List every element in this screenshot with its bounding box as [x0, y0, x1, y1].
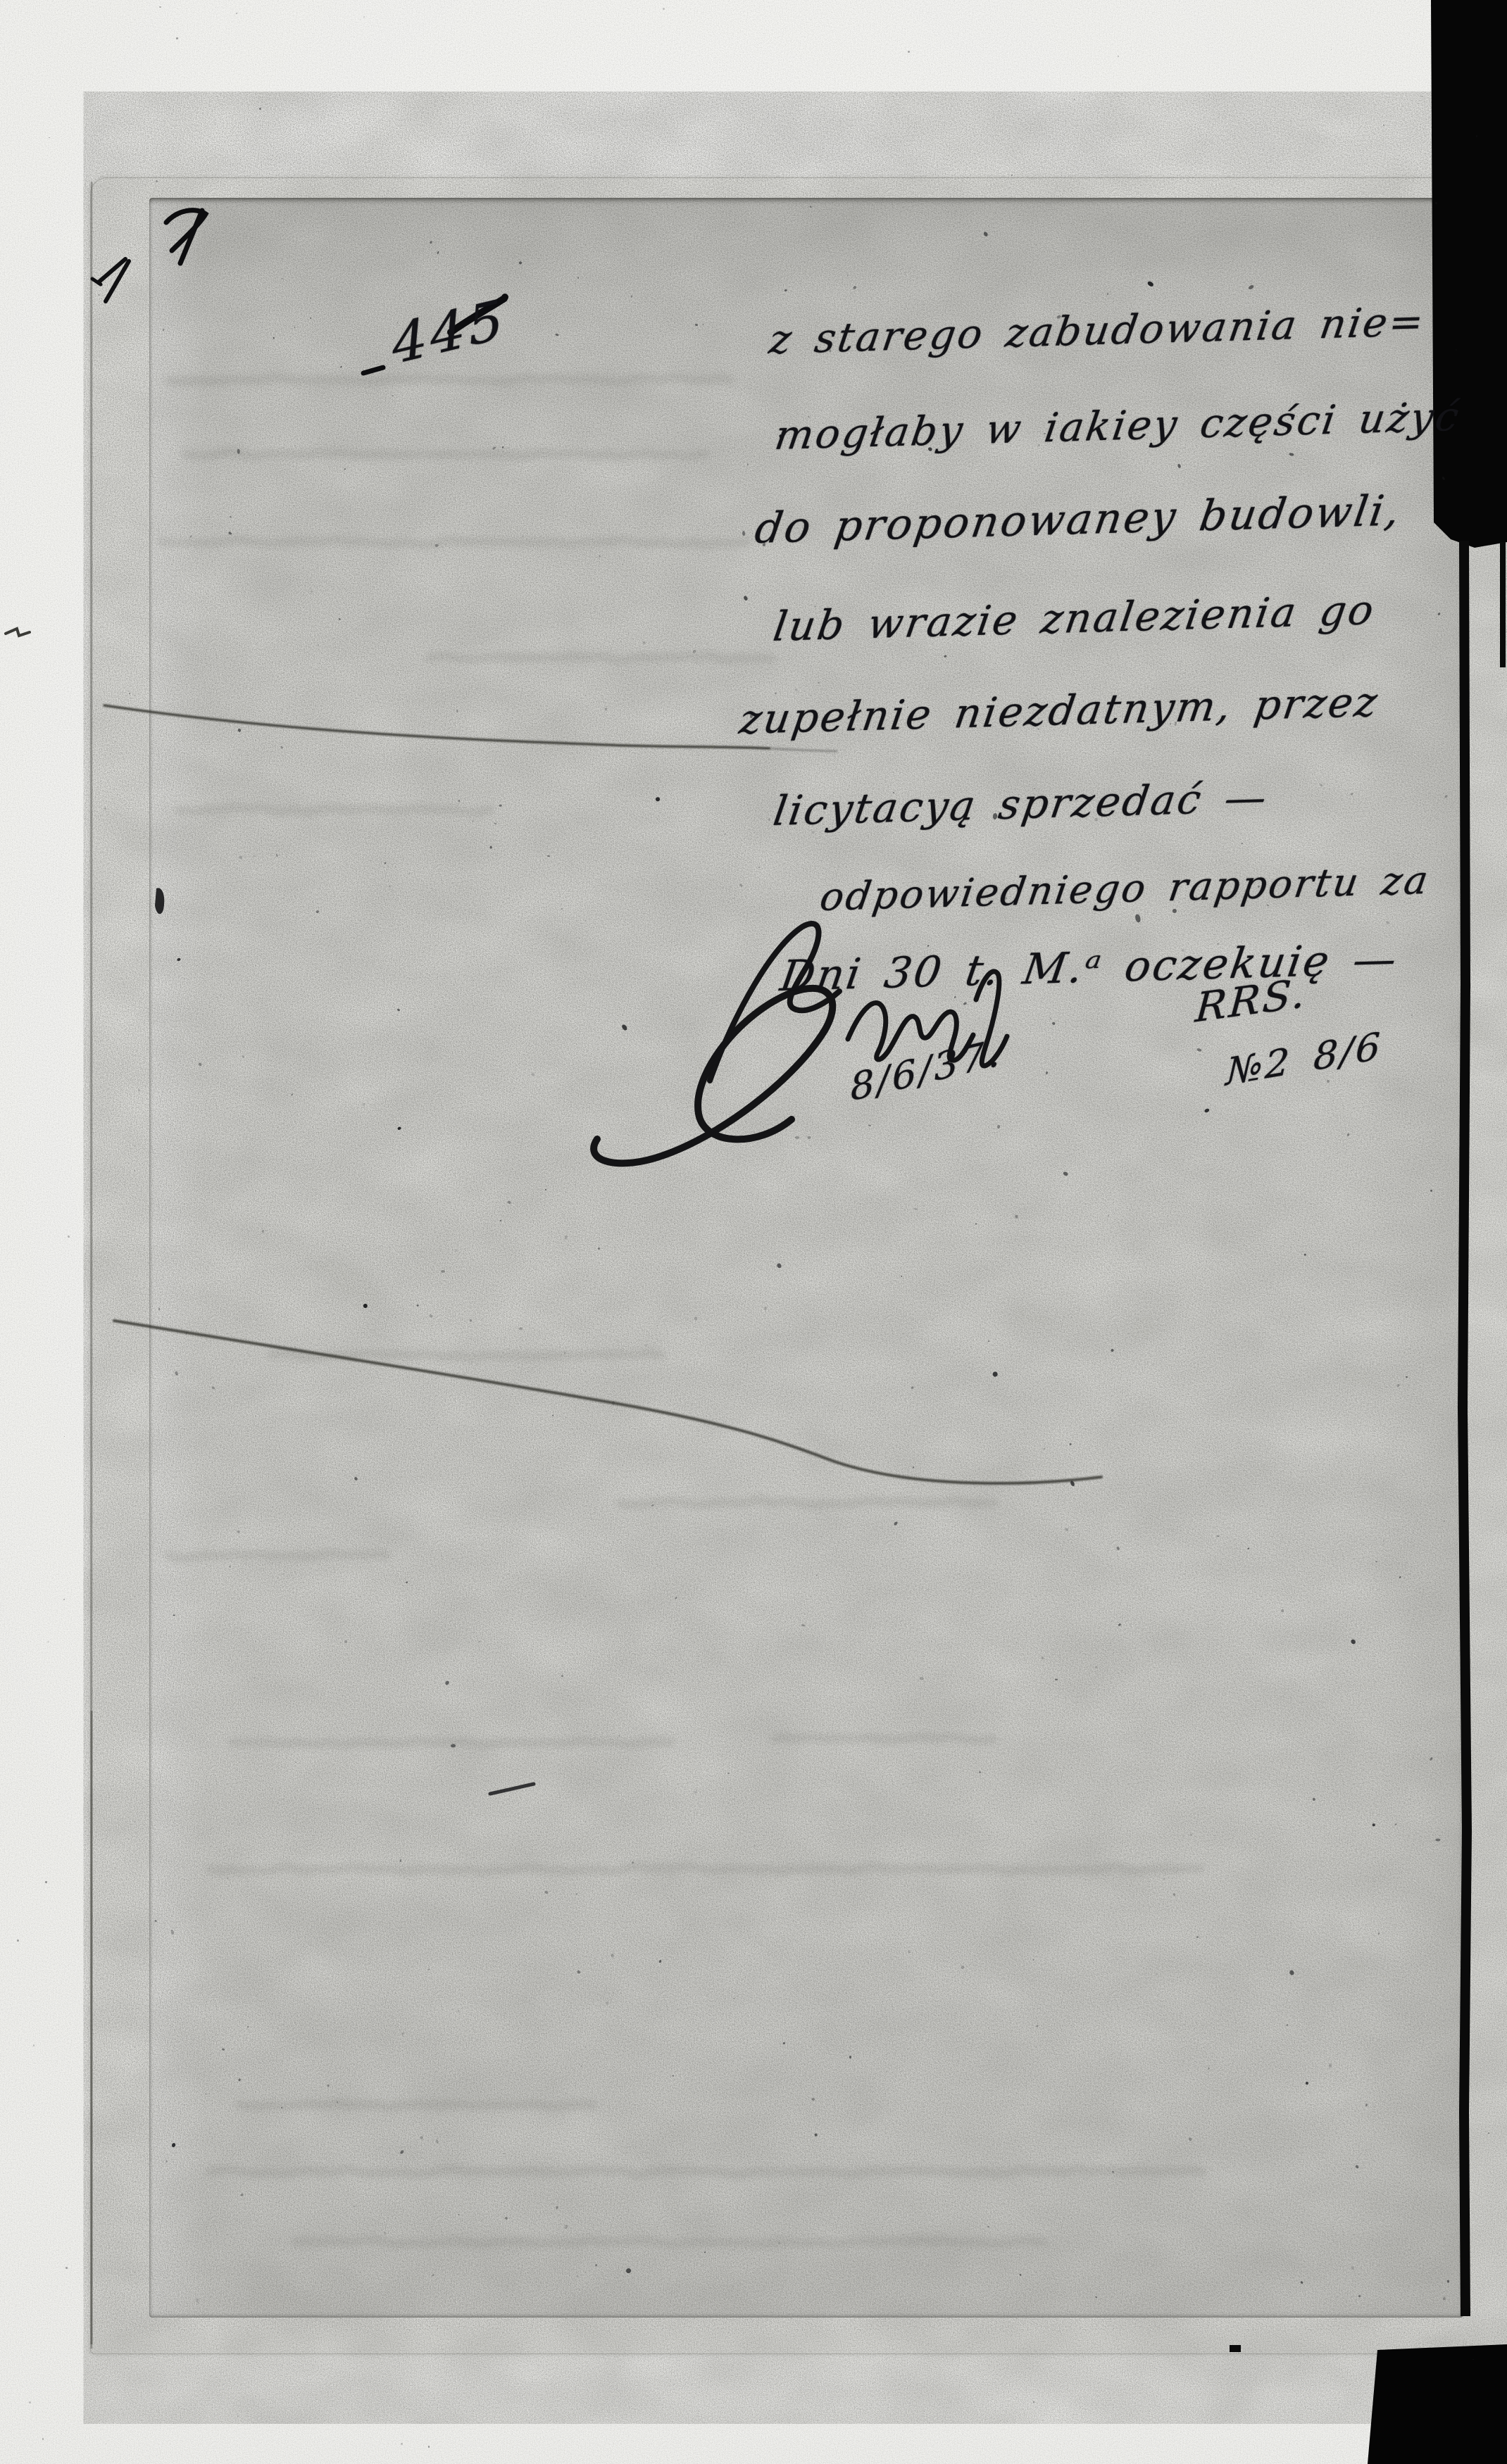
scan-artifacts: [0, 0, 1507, 2464]
scanned-manuscript-page: { "manuscript": { "folio_number": "445",…: [0, 0, 1507, 2464]
scan-black-dash: [1230, 2345, 1241, 2352]
scan-edge-line: [1463, 541, 1467, 2316]
scan-edge-bar-top: [1431, 0, 1507, 548]
scan-corner-black-bottom: [1368, 2344, 1507, 2464]
